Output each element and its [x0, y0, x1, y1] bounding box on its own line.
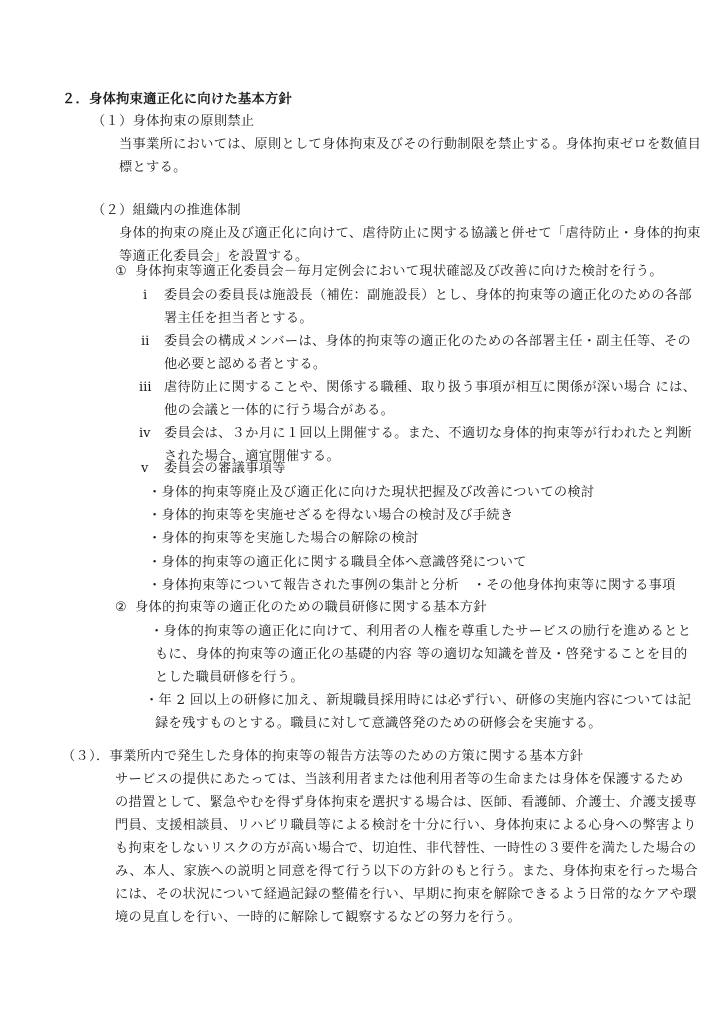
subitem-i-marker: ⅰ	[143, 287, 147, 305]
subsection-1-body-line: 標とする。	[119, 159, 187, 177]
subsection-1-heading: （１）身体拘束の原則禁止	[92, 113, 254, 131]
agenda-bullet: ・身体拘束等について報告された事例の集計と分析 ・その他身体拘束等に関する事項	[148, 577, 676, 595]
subitem-iv-line: 委員会は、３か月に１回以上開催する。また、不適切な身体的拘束等が行われたと判断	[164, 425, 692, 443]
subsection-3-body-line: 境の見直しを行い、一時的に解除して観察するなどの努力を行う。	[115, 909, 521, 927]
item-2-marker: ②	[115, 599, 127, 617]
agenda-bullet: ・身体的拘束等の適正化に関する職員全体へ意識啓発について	[148, 554, 527, 572]
subsection-3-body-line: の措置として、緊急やむを得ず身体拘束を選択する場合は、医師、看護師、介護士、介護…	[115, 794, 697, 812]
subitem-v-marker: ⅴ	[141, 460, 148, 478]
subitem-ii-line: 他必要と認める者とする。	[164, 356, 326, 374]
training-bullet-line: 録を残すものとする。職員に対して意識啓発のための研修会を実施する。	[155, 715, 602, 733]
agenda-bullet: ・身体的拘束等を実施した場合の解除の検討	[148, 530, 419, 548]
subitem-iii-marker: ⅲ	[139, 379, 151, 397]
subsection-2-heading: （２）組織内の推進体制	[92, 202, 241, 220]
document-page: ２．身体拘束適正化に向けた基本方針 （１）身体拘束の原則禁止 当事業所においては…	[0, 0, 724, 1024]
section-heading: ２．身体拘束適正化に向けた基本方針	[62, 91, 292, 109]
subitem-iv-marker: ⅳ	[139, 425, 151, 443]
subsection-3-body-line: も拘束をしないリスクの方が高い場合で、切迫性、非代替性、一時性の３要件を満たした…	[115, 840, 697, 858]
subitem-v-line: 委員会の審議事項等	[164, 460, 286, 478]
training-bullet-line: もに、身体的拘束等の適正化の基礎的内容 等の適切な知識を普及・啓発することを目的	[155, 646, 688, 664]
item-1-marker: ①	[115, 263, 127, 281]
subitem-i-line: 署主任を担当者とする。	[164, 310, 313, 328]
item-2-text: 身体的拘束等の適正化のための職員研修に関する基本方針	[135, 599, 487, 617]
subsection-3-body-line: サービスの提供にあたっては、当該利用者または他利用者等の生命または身体を保護する…	[115, 771, 684, 789]
subsection-3-heading: （３）．事業所内で発生した身体的拘束等の報告方法等のための方策に関する基本方針	[62, 748, 583, 766]
subsection-2-body-line: 身体的拘束の廃止及び適正化に向けて、虐待防止に関する協議と併せて「虐待防止・身体…	[119, 225, 701, 243]
agenda-bullet: ・身体的拘束等廃止及び適正化に向けた現状把握及び改善についての検討	[148, 484, 594, 502]
training-bullet-line: とした職員研修を行う。	[155, 669, 304, 687]
subsection-1-body-line: 当事業所においては、原則として身体拘束及びその行動制限を禁止する。身体拘束ゼロを…	[119, 136, 701, 154]
subitem-iii-line: 虐待防止に関することや、関係する職種、取り扱う事項が相互に関係が深い場合 には、	[164, 379, 696, 397]
item-1-text: 身体拘束等適正化委員会－毎月定例会において現状確認及び改善に向けた検討を行う。	[135, 263, 663, 281]
subsection-3-body-line: 門員、支援相談員、リハビリ職員等による検討を十分に行い、身体拘束による心身への弊…	[115, 817, 697, 835]
subitem-i-line: 委員会の委員長は施設長（補佐：副施設長）とし、身体的拘束等の適正化のための各部	[164, 287, 692, 305]
subitem-ii-marker: ⅱ	[141, 333, 149, 351]
subsection-3-body-line: には、その状況について経過記録の整備を行い、早期に拘束を解除できるよう日常的なケ…	[115, 886, 697, 904]
subitem-ii-line: 委員会の構成メンバーは、身体的拘束等の適正化のための各部署主任・副主任等、その	[164, 333, 691, 351]
training-bullet-line: ・身体的拘束等の適正化に向けて、利用者の人権を尊重したサービスの励行を進めるとと	[150, 623, 691, 641]
subsection-3-body-line: み、本人、家族への説明と同意を得て行う以下の方針のもと行う。また、身体拘束を行っ…	[115, 863, 698, 881]
agenda-bullet: ・身体的拘束等を実施せざるを得ない場合の検討及び手続き	[148, 507, 514, 525]
training-bullet-line: ・年 2 回以上の研修に加え、新規職員採用時には必ず行い、研修の実施内容について…	[145, 692, 691, 710]
subitem-iii-line: 他の会議と一体的に行う場合がある。	[164, 402, 394, 420]
